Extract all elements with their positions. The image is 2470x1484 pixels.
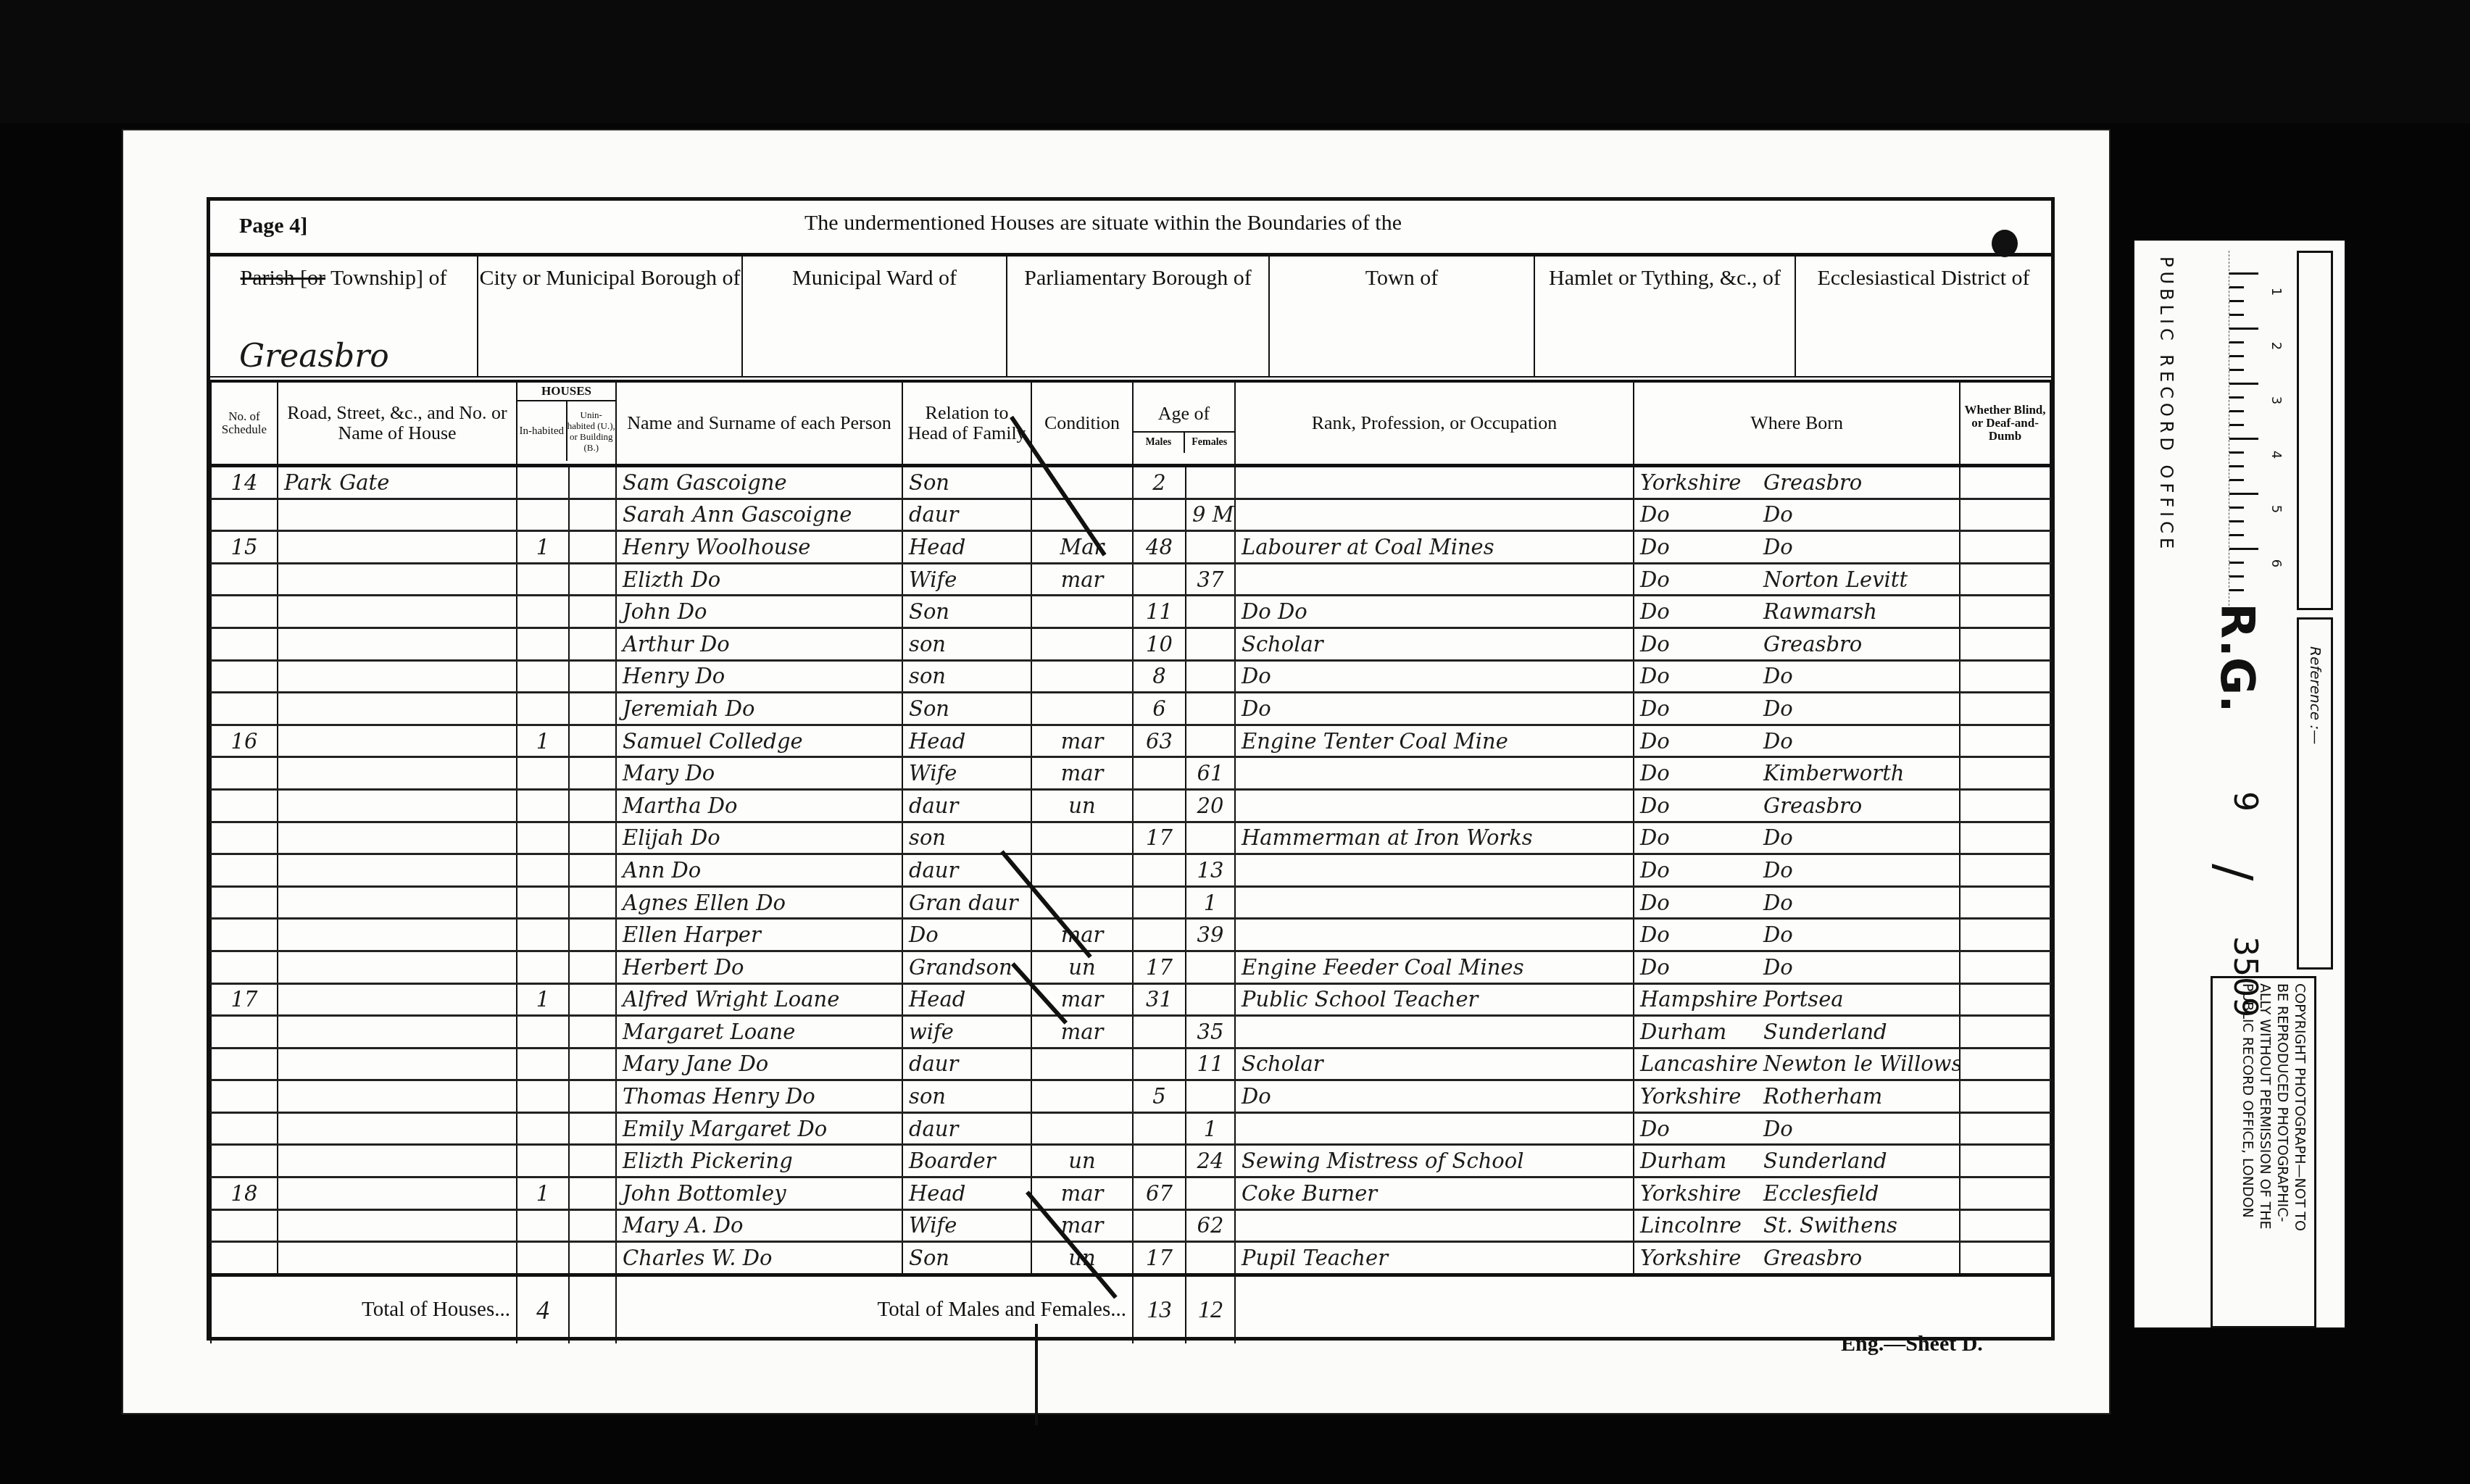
cell-condition [1031, 693, 1133, 725]
cell-road: Park Gate [278, 466, 517, 499]
born-place: Do [1763, 535, 1793, 559]
table-row: 181John BottomleyHeadmar67Coke BurnerYor… [211, 1177, 2050, 1210]
cell-inhabited [517, 1145, 569, 1177]
cell-blind-deaf [1960, 1242, 2050, 1275]
ruler-tick [2229, 355, 2244, 357]
cell-schedule [211, 499, 278, 531]
cell-inhabited [517, 919, 569, 951]
cell-inhabited [517, 596, 569, 628]
cell-schedule [211, 757, 278, 790]
district-label: City or Municipal Borough of [480, 266, 741, 290]
cell-female-age: 13 [1186, 854, 1235, 887]
cell-relation: Wife [902, 563, 1031, 596]
cell-uninhabited [569, 789, 616, 822]
cell-female-age [1186, 822, 1235, 854]
born-place: Do [1763, 858, 1793, 883]
cell-female-age: 61 [1186, 757, 1235, 790]
cell-occupation: Scholar [1235, 628, 1634, 660]
cell-female-age: 62 [1186, 1209, 1235, 1242]
cell-female-age: 11 [1186, 1048, 1235, 1080]
born-place: Sunderland [1763, 1020, 1887, 1044]
cell-name: Sam Gascoigne [616, 466, 902, 499]
cell-schedule [211, 693, 278, 725]
cell-uninhabited [569, 1177, 616, 1210]
born-place: Do [1763, 1117, 1793, 1141]
cell-blind-deaf [1960, 725, 2050, 757]
cell-inhabited [517, 886, 569, 919]
cell-schedule: 14 [211, 466, 278, 499]
cell-where-born: YorkshireGreasbro [1634, 1242, 1960, 1275]
cell-male-age: 31 [1133, 983, 1186, 1016]
table-row: Martha Dodaurun20DoGreasbro [211, 789, 2050, 822]
ruler-number: 4 [2269, 451, 2284, 459]
table-row: 161Samuel ColledgeHeadmar63Engine Tenter… [211, 725, 2050, 757]
cell-road [278, 693, 517, 725]
cell-schedule: 15 [211, 531, 278, 564]
total-houses-value: 4 [517, 1275, 569, 1343]
cell-where-born: LincolnreSt. Swithens [1634, 1209, 1960, 1242]
born-county: Do [1640, 825, 1763, 850]
cell-where-born: DoDo [1634, 725, 1960, 757]
ruler-tick [2229, 286, 2244, 288]
cell-where-born: DoDo [1634, 919, 1960, 951]
cell-blind-deaf [1960, 563, 2050, 596]
cell-schedule [211, 1145, 278, 1177]
cell-name: Elizth Do [616, 563, 902, 596]
cell-relation: Head [902, 983, 1031, 1016]
cell-male-age [1133, 1145, 1186, 1177]
cell-female-age [1186, 693, 1235, 725]
cell-male-age: 67 [1133, 1177, 1186, 1210]
series-code: R.G. [2210, 603, 2263, 713]
district-city: City or Municipal Borough of [478, 253, 743, 376]
cell-uninhabited [569, 1145, 616, 1177]
born-place: St. Swithens [1763, 1213, 1897, 1238]
district-label: Parliamentary Borough of [1024, 266, 1251, 290]
cell-uninhabited [569, 757, 616, 790]
born-county: Do [1640, 955, 1763, 980]
ruler-tick [2229, 396, 2244, 399]
cell-uninhabited [569, 725, 616, 757]
born-county: Do [1640, 502, 1763, 527]
cell-road [278, 1080, 517, 1113]
cell-road [278, 596, 517, 628]
cell-occupation: Engine Feeder Coal Mines [1235, 951, 1634, 983]
cell-where-born: DoDo [1634, 693, 1960, 725]
cell-blind-deaf [1960, 822, 2050, 854]
cell-occupation: Do [1235, 1080, 1634, 1113]
cell-where-born: DoDo [1634, 822, 1960, 854]
cell-road [278, 1112, 517, 1145]
col-males: Males [1134, 433, 1185, 453]
cell-relation: Head [902, 725, 1031, 757]
ruler-tick [2229, 438, 2258, 440]
cell-name: Mary A. Do [616, 1209, 902, 1242]
cell-name: Emily Margaret Do [616, 1112, 902, 1145]
born-county: Do [1640, 567, 1763, 592]
born-place: Ecclesfield [1763, 1181, 1879, 1206]
reference-label: Reference :— [2307, 646, 2324, 744]
copyright-notice: COPYRIGHT PHOTOGRAPH—NOT TOBE REPRODUCED… [2239, 983, 2308, 1231]
cell-inhabited: 1 [517, 531, 569, 564]
cell-relation: son [902, 1080, 1031, 1113]
cell-inhabited [517, 1242, 569, 1275]
cell-blind-deaf [1960, 596, 2050, 628]
cell-road [278, 725, 517, 757]
table-row: Mary DoWifemar61DoKimberworth [211, 757, 2050, 790]
cell-occupation: Scholar [1235, 1048, 1634, 1080]
born-county: Yorkshire [1640, 1246, 1763, 1270]
cell-female-age: 39 [1186, 919, 1235, 951]
cell-road [278, 886, 517, 919]
born-county: Do [1640, 696, 1763, 721]
cell-male-age [1133, 1016, 1186, 1049]
cell-schedule [211, 1242, 278, 1275]
born-place: Do [1763, 955, 1793, 980]
cell-occupation: Do [1235, 660, 1634, 693]
born-county: Do [1640, 1117, 1763, 1141]
ruler-tick [2229, 479, 2244, 481]
cell-schedule: 17 [211, 983, 278, 1016]
table-row: Thomas Henry Doson5DoYorkshireRotherham [211, 1080, 2050, 1113]
cell-uninhabited [569, 628, 616, 660]
cell-male-age [1133, 789, 1186, 822]
cell-name: Agnes Ellen Do [616, 886, 902, 919]
cell-uninhabited [569, 1242, 616, 1275]
cell-male-age: 17 [1133, 1242, 1186, 1275]
cell-relation: Boarder [902, 1145, 1031, 1177]
cell-condition: mar [1031, 563, 1133, 596]
cell-road [278, 660, 517, 693]
born-county: Do [1640, 632, 1763, 656]
cell-schedule [211, 628, 278, 660]
cell-blind-deaf [1960, 628, 2050, 660]
col-road: Road, Street, &c., and No. or Name of Ho… [278, 382, 517, 466]
cell-uninhabited [569, 660, 616, 693]
office-label: PUBLIC RECORD OFFICE [2156, 257, 2176, 553]
cell-female-age [1186, 983, 1235, 1016]
cell-schedule [211, 1209, 278, 1242]
census-rows: 14Park GateSam GascoigneSon2YorkshireGre… [211, 466, 2050, 1275]
cell-road [278, 1177, 517, 1210]
cell-occupation: Do Do [1235, 596, 1634, 628]
cell-uninhabited [569, 822, 616, 854]
born-place: Do [1763, 696, 1793, 721]
cell-female-age [1186, 951, 1235, 983]
cell-occupation [1235, 854, 1634, 887]
cell-road [278, 531, 517, 564]
table-row: Margaret Loanewifemar35DurhamSunderland [211, 1016, 2050, 1049]
table-row: Henry Doson8DoDoDo [211, 660, 2050, 693]
cell-female-age [1186, 660, 1235, 693]
cell-condition [1031, 1080, 1133, 1113]
cell-female-age [1186, 628, 1235, 660]
cell-male-age [1133, 854, 1186, 887]
col-condition: Condition [1031, 382, 1133, 466]
cell-blind-deaf [1960, 1177, 2050, 1210]
age-heading: Age of [1134, 393, 1234, 424]
cell-female-age: 35 [1186, 1016, 1235, 1049]
cell-blind-deaf [1960, 1080, 2050, 1113]
born-place: Do [1763, 825, 1793, 850]
table-row: Elizth PickeringBoarderun24Sewing Mistre… [211, 1145, 2050, 1177]
ruler-tick [2229, 314, 2244, 316]
born-place: Norton Levitt [1763, 567, 1908, 592]
cell-where-born: LancashireNewton le Willows [1634, 1048, 1960, 1080]
cell-inhabited [517, 628, 569, 660]
cell-female-age [1186, 1080, 1235, 1113]
cell-where-born: DoGreasbro [1634, 628, 1960, 660]
cell-relation: daur [902, 499, 1031, 531]
cell-blind-deaf [1960, 466, 2050, 499]
cell-blind-deaf [1960, 1209, 2050, 1242]
cell-name: Arthur Do [616, 628, 902, 660]
cell-where-born: DoGreasbro [1634, 789, 1960, 822]
table-row: Charles W. DoSonun17Pupil TeacherYorkshi… [211, 1242, 2050, 1275]
cell-inhabited [517, 1209, 569, 1242]
cell-occupation: Pupil Teacher [1235, 1242, 1634, 1275]
table-row: 171Alfred Wright LoaneHeadmar31Public Sc… [211, 983, 2050, 1016]
ruler-tick [2229, 534, 2244, 536]
cell-road [278, 854, 517, 887]
cell-female-age [1186, 1177, 1235, 1210]
cell-where-born: DoDo [1634, 1112, 1960, 1145]
ruler-tick [2229, 424, 2244, 426]
cell-uninhabited [569, 983, 616, 1016]
born-place: Do [1763, 922, 1793, 947]
cell-schedule [211, 919, 278, 951]
cell-female-age [1186, 596, 1235, 628]
cell-inhabited [517, 822, 569, 854]
born-county: Yorkshire [1640, 470, 1763, 495]
table-row: Ann Dodaur13DoDo [211, 854, 2050, 887]
table-row: Mary A. DoWifemar62LincolnreSt. Swithens [211, 1209, 2050, 1242]
cell-uninhabited [569, 596, 616, 628]
born-county: Do [1640, 664, 1763, 688]
cell-condition [1031, 628, 1133, 660]
cell-inhabited [517, 1112, 569, 1145]
cell-where-born: DoDo [1634, 531, 1960, 564]
born-place: Do [1763, 502, 1793, 527]
ruler-tick [2229, 465, 2244, 467]
cell-uninhabited [569, 466, 616, 499]
cell-where-born: DoRawmarsh [1634, 596, 1960, 628]
copyright-line: BE REPRODUCED PHOTOGRAPHIC- [2274, 983, 2291, 1231]
cell-condition: un [1031, 1145, 1133, 1177]
ruler-number: 3 [2269, 396, 2284, 404]
cell-occupation: Hammerman at Iron Works [1235, 822, 1634, 854]
cell-blind-deaf [1960, 854, 2050, 887]
cell-occupation: Sewing Mistress of School [1235, 1145, 1634, 1177]
cell-uninhabited [569, 886, 616, 919]
cell-uninhabited [569, 854, 616, 887]
cell-schedule: 18 [211, 1177, 278, 1210]
total-males-value: 13 [1133, 1275, 1186, 1343]
cell-condition: mar [1031, 725, 1133, 757]
cell-schedule: 16 [211, 725, 278, 757]
cell-name: Ellen Harper [616, 919, 902, 951]
cell-where-born: DoKimberworth [1634, 757, 1960, 790]
ruler-tick [2229, 520, 2244, 522]
district-township: Parish [or Township] of Greasbro [210, 253, 478, 376]
cell-where-born: DoDo [1634, 886, 1960, 919]
cell-male-age [1133, 886, 1186, 919]
table-row: 151Henry WoolhouseHeadMar48Labourer at C… [211, 531, 2050, 564]
district-header-row: Parish [or Township] of Greasbro City or… [210, 253, 2051, 381]
cell-male-age: 2 [1133, 466, 1186, 499]
cell-name: Martha Do [616, 789, 902, 822]
cell-occupation [1235, 499, 1634, 531]
born-place: Portsea [1763, 987, 1844, 1012]
cell-female-age [1186, 466, 1235, 499]
cell-inhabited [517, 1016, 569, 1049]
township-value: Greasbro [239, 344, 389, 369]
cell-name: Alfred Wright Loane [616, 983, 902, 1016]
born-place: Rotherham [1763, 1084, 1882, 1109]
cell-uninhabited [569, 919, 616, 951]
cell-blind-deaf [1960, 789, 2050, 822]
cell-uninhabited [569, 1080, 616, 1113]
measurement-ruler [2229, 251, 2269, 606]
cell-occupation [1235, 466, 1634, 499]
cell-name: Charles W. Do [616, 1242, 902, 1275]
cell-schedule [211, 660, 278, 693]
cell-uninhabited [569, 1016, 616, 1049]
district-ecclesiastical: Ecclesiastical District of [1796, 253, 2051, 376]
table-row: Sarah Ann Gascoignedaur9 MoDoDo [211, 499, 2050, 531]
cell-name: Elijah Do [616, 822, 902, 854]
cell-inhabited [517, 499, 569, 531]
cell-female-age: 24 [1186, 1145, 1235, 1177]
ruler-tick [2229, 507, 2244, 509]
cell-female-age: 9 Mo [1186, 499, 1235, 531]
cell-relation: son [902, 822, 1031, 854]
cell-relation: Wife [902, 1209, 1031, 1242]
cell-where-born: DoDo [1634, 951, 1960, 983]
born-place: Greasbro [1763, 470, 1862, 495]
cell-uninhabited [569, 1209, 616, 1242]
ruler-tick [2229, 451, 2244, 454]
cell-female-age: 1 [1186, 886, 1235, 919]
cell-inhabited [517, 854, 569, 887]
census-table: No. of Schedule Road, Street, &c., and N… [210, 381, 2051, 1343]
cell-male-age: 6 [1133, 693, 1186, 725]
cell-occupation [1235, 563, 1634, 596]
cell-male-age [1133, 563, 1186, 596]
born-county: Do [1640, 793, 1763, 818]
cell-occupation [1235, 1209, 1634, 1242]
cell-inhabited [517, 563, 569, 596]
cell-where-born: HampshirePortsea [1634, 983, 1960, 1016]
sheet-footer-note: Eng.—Sheet D. [1841, 1332, 1983, 1356]
cell-schedule [211, 822, 278, 854]
cell-relation: Head [902, 531, 1031, 564]
cell-relation: Wife [902, 757, 1031, 790]
cell-where-born: DurhamSunderland [1634, 1145, 1960, 1177]
cell-female-age [1186, 531, 1235, 564]
cell-where-born: DoDo [1634, 499, 1960, 531]
district-label: Town of [1365, 266, 1438, 290]
cell-road [278, 1048, 517, 1080]
cell-inhabited: 1 [517, 1177, 569, 1210]
cell-relation: son [902, 628, 1031, 660]
ruler-tick [2229, 272, 2258, 275]
cell-schedule [211, 789, 278, 822]
cell-blind-deaf [1960, 983, 2050, 1016]
cell-occupation [1235, 1016, 1634, 1049]
cell-schedule [211, 1016, 278, 1049]
cell-male-age [1133, 499, 1186, 531]
cell-relation: Gran daur [902, 886, 1031, 919]
ruler-tick [2229, 410, 2244, 412]
cell-schedule [211, 1080, 278, 1113]
cell-condition [1031, 1048, 1133, 1080]
born-county: Lincolnre [1640, 1213, 1763, 1238]
ruler-tick [2229, 328, 2258, 330]
cell-occupation [1235, 1112, 1634, 1145]
cell-uninhabited [569, 693, 616, 725]
cell-blind-deaf [1960, 1145, 2050, 1177]
born-place: Sunderland [1763, 1149, 1887, 1173]
born-place: Rawmarsh [1763, 599, 1877, 624]
col-name: Name and Surname of each Person [616, 382, 902, 466]
cell-schedule [211, 596, 278, 628]
cell-male-age: 10 [1133, 628, 1186, 660]
born-county: Do [1640, 599, 1763, 624]
born-place: Do [1763, 891, 1793, 915]
cell-uninhabited [569, 1112, 616, 1145]
piece-class: 9 [2226, 791, 2263, 812]
col-uninhabited: Unin-habited (U.), or Building (B.) [567, 401, 616, 461]
cell-relation: daur [902, 1112, 1031, 1145]
cell-inhabited [517, 660, 569, 693]
cell-male-age: 17 [1133, 951, 1186, 983]
cell-road [278, 757, 517, 790]
cell-condition: mar [1031, 757, 1133, 790]
table-row: Arthur Doson10ScholarDoGreasbro [211, 628, 2050, 660]
born-county: Durham [1640, 1149, 1763, 1173]
cell-name: Mary Do [616, 757, 902, 790]
cell-condition [1031, 1112, 1133, 1145]
cell-inhabited [517, 1048, 569, 1080]
col-schedule: No. of Schedule [211, 382, 278, 466]
cell-name: Samuel Colledge [616, 725, 902, 757]
cell-relation: daur [902, 1048, 1031, 1080]
ruler-number: 1 [2269, 288, 2284, 296]
cell-uninhabited [569, 499, 616, 531]
col-females: Females [1185, 433, 1235, 453]
struck-label: Parish [or [241, 266, 325, 290]
cell-blind-deaf [1960, 531, 2050, 564]
district-label: Hamlet or Tything, &c., of [1549, 266, 1781, 290]
cell-schedule [211, 1048, 278, 1080]
cell-male-age [1133, 757, 1186, 790]
table-row: Emily Margaret Dodaur1DoDo [211, 1112, 2050, 1145]
cell-relation: Grandson [902, 951, 1031, 983]
cell-female-age: 1 [1186, 1112, 1235, 1145]
cell-inhabited [517, 789, 569, 822]
cell-name: Margaret Loane [616, 1016, 902, 1049]
office-label-box [2297, 251, 2333, 610]
cell-relation: Son [902, 596, 1031, 628]
born-county: Yorkshire [1640, 1084, 1763, 1109]
cell-male-age [1133, 1209, 1186, 1242]
cell-condition [1031, 596, 1133, 628]
cell-schedule [211, 951, 278, 983]
cell-female-age: 20 [1186, 789, 1235, 822]
cell-uninhabited [569, 951, 616, 983]
born-county: Do [1640, 761, 1763, 785]
